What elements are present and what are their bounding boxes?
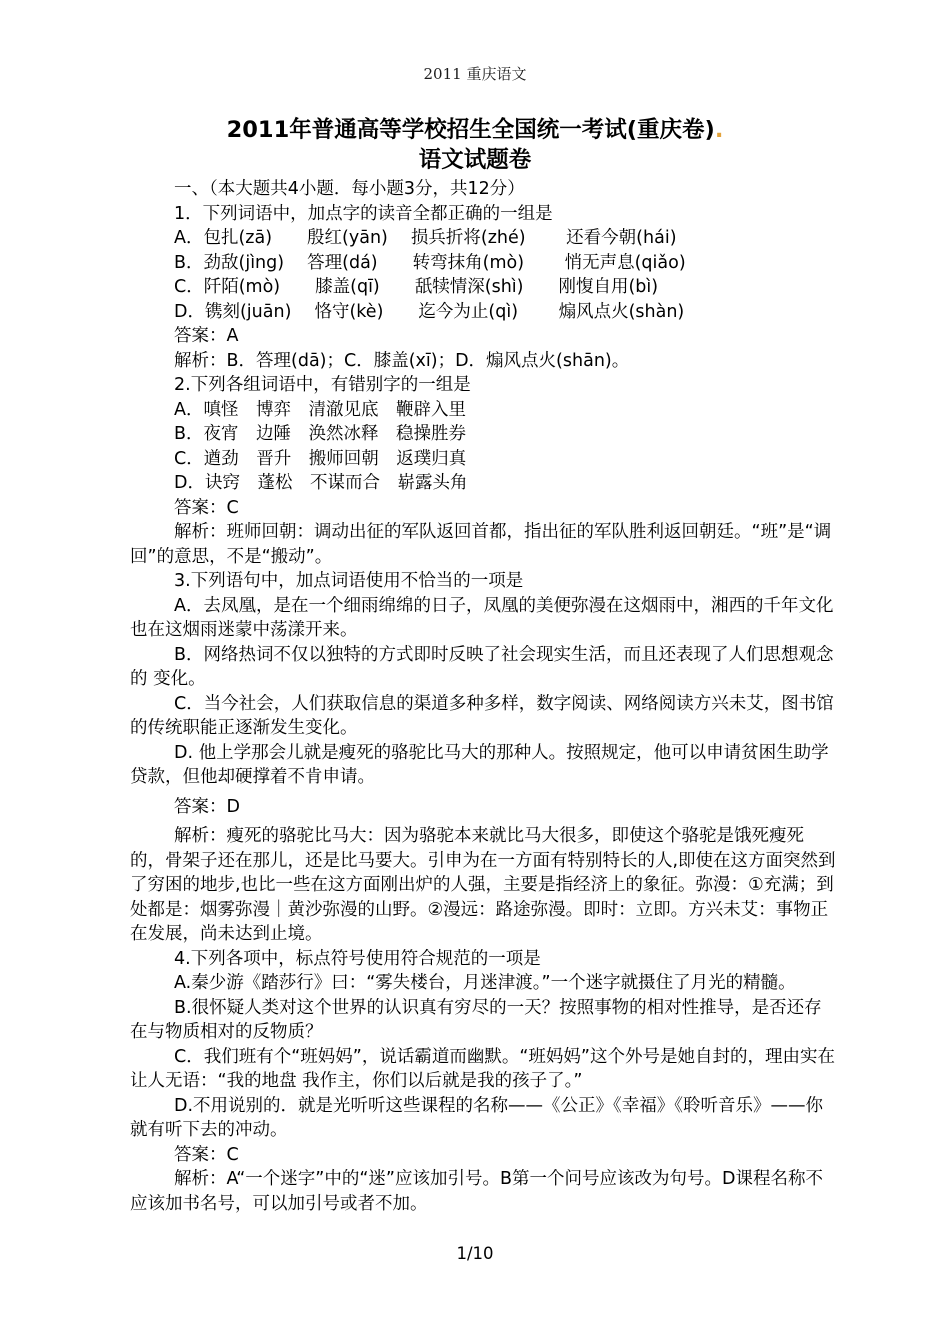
- document-paragraph: 解析：班师回朝：调动出征的军队返回首都，指出征的军队胜利返回朝廷。“班”是“调回…: [130, 520, 836, 569]
- document-body: 一、（本大题共4小题．每小题3分，共12分）1．下列词语中，加点字的读音全都正确…: [130, 177, 836, 1216]
- page-header: 2011 重庆语文: [0, 64, 950, 84]
- document-paragraph: C．阡陌(mò) 膝盖(qī) 舐犊情深(shì) 刚愎自用(bì): [130, 275, 836, 300]
- document-paragraph: D．诀窍 蓬松 不谋而合 崭露头角: [130, 471, 836, 496]
- document-paragraph: C．遒劲 晋升 搬师回朝 返璞归真: [130, 447, 836, 472]
- document-paragraph: A．嗔怪 博弈 清澈见底 鞭辟入里: [130, 398, 836, 423]
- document-paragraph: C．当今社会，人们获取信息的渠道多种多样，数字阅读、网络阅读方兴未艾，图书馆的传…: [130, 692, 836, 741]
- document-paragraph: 2.下列各组词语中，有错别字的一组是: [130, 373, 836, 398]
- document-paragraph: 1．下列词语中，加点字的读音全都正确的一组是: [130, 202, 836, 227]
- document-paragraph: B．网络热词不仅以独特的方式即时反映了社会现实生活，而且还表现了人们思想观念的 …: [130, 643, 836, 692]
- title-annotation-mark: .: [715, 117, 724, 143]
- document-title-block: 2011年普通高等学校招生全国统一考试(重庆卷). 语文试题卷: [0, 115, 950, 175]
- document-paragraph: D．镌刻(juān) 恪守(kè) 迄今为止(qì) 煽风点火(shàn): [130, 300, 836, 325]
- document-title-line2: 语文试题卷: [0, 145, 950, 175]
- document-paragraph: 解析：A“一个迷字”中的“迷”应该加引号。B第一个问号应该改为句号。D课程名称不…: [130, 1167, 836, 1216]
- document-paragraph: 4.下列各项中，标点符号使用符合规范的一项是: [130, 947, 836, 972]
- document-paragraph: 答案：C: [130, 1143, 836, 1168]
- document-paragraph: D. 他上学那会儿就是瘦死的骆驼比马大的那种人。按照规定，他可以申请贫困生助学贷…: [130, 741, 836, 790]
- document-paragraph: 答案：D: [130, 795, 836, 820]
- document-paragraph: B.很怀疑人类对这个世界的认识真有穷尽的一天？按照事物的相对性推导，是否还存在与…: [130, 996, 836, 1045]
- document-page: 2011 重庆语文 2011年普通高等学校招生全国统一考试(重庆卷). 语文试题…: [0, 0, 950, 1344]
- document-title-line1: 2011年普通高等学校招生全国统一考试(重庆卷).: [0, 115, 950, 145]
- document-paragraph: B．夜宵 边陲 涣然冰释 稳操胜券: [130, 422, 836, 447]
- document-paragraph: C．我们班有个“班妈妈”，说话霸道而幽默。“班妈妈”这个外号是她自封的，理由实在…: [130, 1045, 836, 1094]
- document-paragraph: A．包扎(zā) 殷红(yān) 损兵折将(zhé) 还看今朝(hái): [130, 226, 836, 251]
- document-paragraph: 3.下列语句中，加点词语使用不恰当的一项是: [130, 569, 836, 594]
- document-paragraph: A.秦少游《踏莎行》曰：“雾失楼台，月迷津渡。”一个迷字就摄住了月光的精髓。: [130, 971, 836, 996]
- document-paragraph: 答案：A: [130, 324, 836, 349]
- document-paragraph: 解析：B．答理(dā)；C．膝盖(xī)；D．煽风点火(shān)。: [130, 349, 836, 374]
- document-paragraph: B．劲敌(jìng) 答理(dá) 转弯抹角(mò) 悄无声息(qiǎo): [130, 251, 836, 276]
- document-paragraph: 解析：瘦死的骆驼比马大：因为骆驼本来就比马大很多，即使这个骆驼是饿死瘦死的，骨架…: [130, 824, 836, 947]
- document-paragraph: D.不用说别的．就是光听听这些课程的名称——《公正》《幸福》《聆听音乐》——你就…: [130, 1094, 836, 1143]
- document-paragraph: A．去凤凰，是在一个细雨绵绵的日子，凤凰的美便弥漫在这烟雨中，湘西的千年文化也在…: [130, 594, 836, 643]
- document-title-text: 2011年普通高等学校招生全国统一考试(重庆卷): [227, 117, 715, 143]
- page-number: 1/10: [0, 1243, 950, 1265]
- document-paragraph: 答案：C: [130, 496, 836, 521]
- document-paragraph: 一、（本大题共4小题．每小题3分，共12分）: [130, 177, 836, 202]
